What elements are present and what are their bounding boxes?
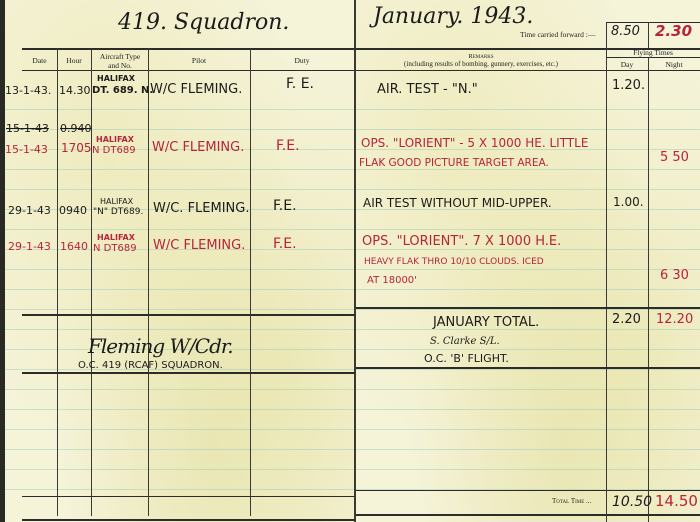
entry-remarks: OPS. "LORIENT" - 5 X 1000 HE. LITTLE <box>361 136 588 150</box>
time-carried-forward-label: Time carried forward :— <box>520 30 595 39</box>
col-divider <box>91 48 92 516</box>
col-divider <box>57 48 58 516</box>
box-divider <box>606 22 607 48</box>
flying-times-rule <box>606 57 700 58</box>
column-header-aircraft: Aircraft Type and No. <box>96 52 144 70</box>
entry-aircraft-no: DT. 689. N. <box>92 85 153 96</box>
column-header-day: Day <box>606 60 648 69</box>
entry-pilot: W/C. FLEMING. <box>153 201 250 216</box>
entry-pilot: W/C FLEMING. <box>152 140 244 155</box>
entry-duty: F.E. <box>273 198 297 214</box>
entry-hour: 1640 <box>60 240 88 253</box>
total-time-day: 10.50 <box>612 494 652 510</box>
entry-hour-struck: 0.940 <box>60 122 92 135</box>
entry-remarks: AT 18000' <box>367 275 417 286</box>
col-divider <box>148 48 149 516</box>
book-edge <box>0 0 5 522</box>
entry-hour: 0940 <box>59 204 87 217</box>
column-header-flying-times: Flying Times <box>606 48 700 57</box>
month-total-top-rule <box>356 307 700 309</box>
book-gutter <box>354 0 356 522</box>
entry-pilot: W/C FLEMING. <box>153 238 245 253</box>
month-total-day: 2.20 <box>612 312 641 327</box>
entry-remarks: FLAK GOOD PICTURE TARGET AREA. <box>359 157 549 169</box>
entry-duty: F.E. <box>276 138 300 154</box>
box-divider <box>648 22 649 48</box>
column-header-night: Night <box>648 60 700 69</box>
entry-aircraft-type: HALIFAX <box>100 197 133 206</box>
total-time-label: Total Time ... <box>552 497 591 506</box>
col-divider <box>606 48 607 522</box>
col-divider <box>250 48 251 516</box>
entry-remarks: AIR. TEST - "N." <box>377 82 478 97</box>
column-header-remarks-sub: (including results of bombing, gunnery, … <box>356 60 606 69</box>
commander-title: O.C. 419 (RCAF) SQUADRON. <box>78 360 223 371</box>
header-top-rule <box>22 48 355 50</box>
column-header-date: Date <box>22 56 57 65</box>
entry-hour: 14.30 <box>59 84 91 97</box>
entry-remarks: OPS. "LORIENT". 7 X 1000 H.E. <box>362 234 561 249</box>
squadron-title: 419. Squadron. <box>118 10 289 35</box>
entry-aircraft-no: "N" DT689. <box>93 207 143 217</box>
flight-commander-title: O.C. 'B' FLIGHT. <box>424 352 509 365</box>
flight-commander-signature: S. Clarke S/L. <box>430 336 500 347</box>
entry-date: 15-1-43 <box>5 143 48 156</box>
entry-date: 29-1-43 <box>8 240 51 253</box>
entry-date: 29-1-43 <box>8 204 51 217</box>
entry-pilot: W/C FLEMING. <box>150 82 242 97</box>
col-divider <box>648 57 649 522</box>
month-title: January. 1943. <box>373 4 533 29</box>
header-bottom-rule <box>22 70 355 71</box>
carried-forward-day: 8.50 <box>611 24 640 39</box>
entry-date: 13-1-43. <box>5 84 51 97</box>
entry-day-time: 1.00. <box>613 195 644 209</box>
entry-aircraft-no: N DT689 <box>92 145 136 156</box>
month-total-top-rule <box>22 314 355 316</box>
entry-date-struck: 15-1-43 <box>6 122 49 135</box>
entry-aircraft-no: N DT689 <box>93 243 137 254</box>
column-header-pilot: Pilot <box>148 56 250 65</box>
total-top-rule <box>22 496 355 497</box>
entry-aircraft-type: HALIFAX <box>97 233 135 242</box>
total-time-night: 14.50 <box>655 492 698 510</box>
entry-hour: 1705 <box>61 141 92 155</box>
month-total-label: JANUARY TOTAL. <box>433 315 539 330</box>
column-header-hour: Hour <box>57 56 91 65</box>
total-top-rule <box>356 490 700 491</box>
month-total-bottom-rule <box>356 367 700 369</box>
entry-duty: F. E. <box>286 76 314 92</box>
total-bottom-rule <box>356 514 700 516</box>
entry-remarks: HEAVY FLAK THRO 10/10 CLOUDS. ICED <box>364 257 544 267</box>
commander-signature: Fleming W/Cdr. <box>88 334 233 358</box>
column-header-duty: Duty <box>250 56 354 65</box>
entry-aircraft-type: HALIFAX <box>97 74 135 83</box>
entry-night-time: 5 50 <box>660 150 689 165</box>
entry-remarks: AIR TEST WITHOUT MID-UPPER. <box>363 196 552 210</box>
total-bottom-rule <box>22 519 355 521</box>
entry-duty: F.E. <box>273 236 297 252</box>
month-total-night: 12.20 <box>656 312 693 327</box>
entry-night-time: 6 30 <box>660 268 689 283</box>
carried-forward-night: 2.30 <box>655 22 692 40</box>
entry-aircraft-type: HALIFAX <box>96 135 134 144</box>
month-total-bottom-rule <box>22 372 355 374</box>
entry-day-time: 1.20. <box>612 78 645 93</box>
